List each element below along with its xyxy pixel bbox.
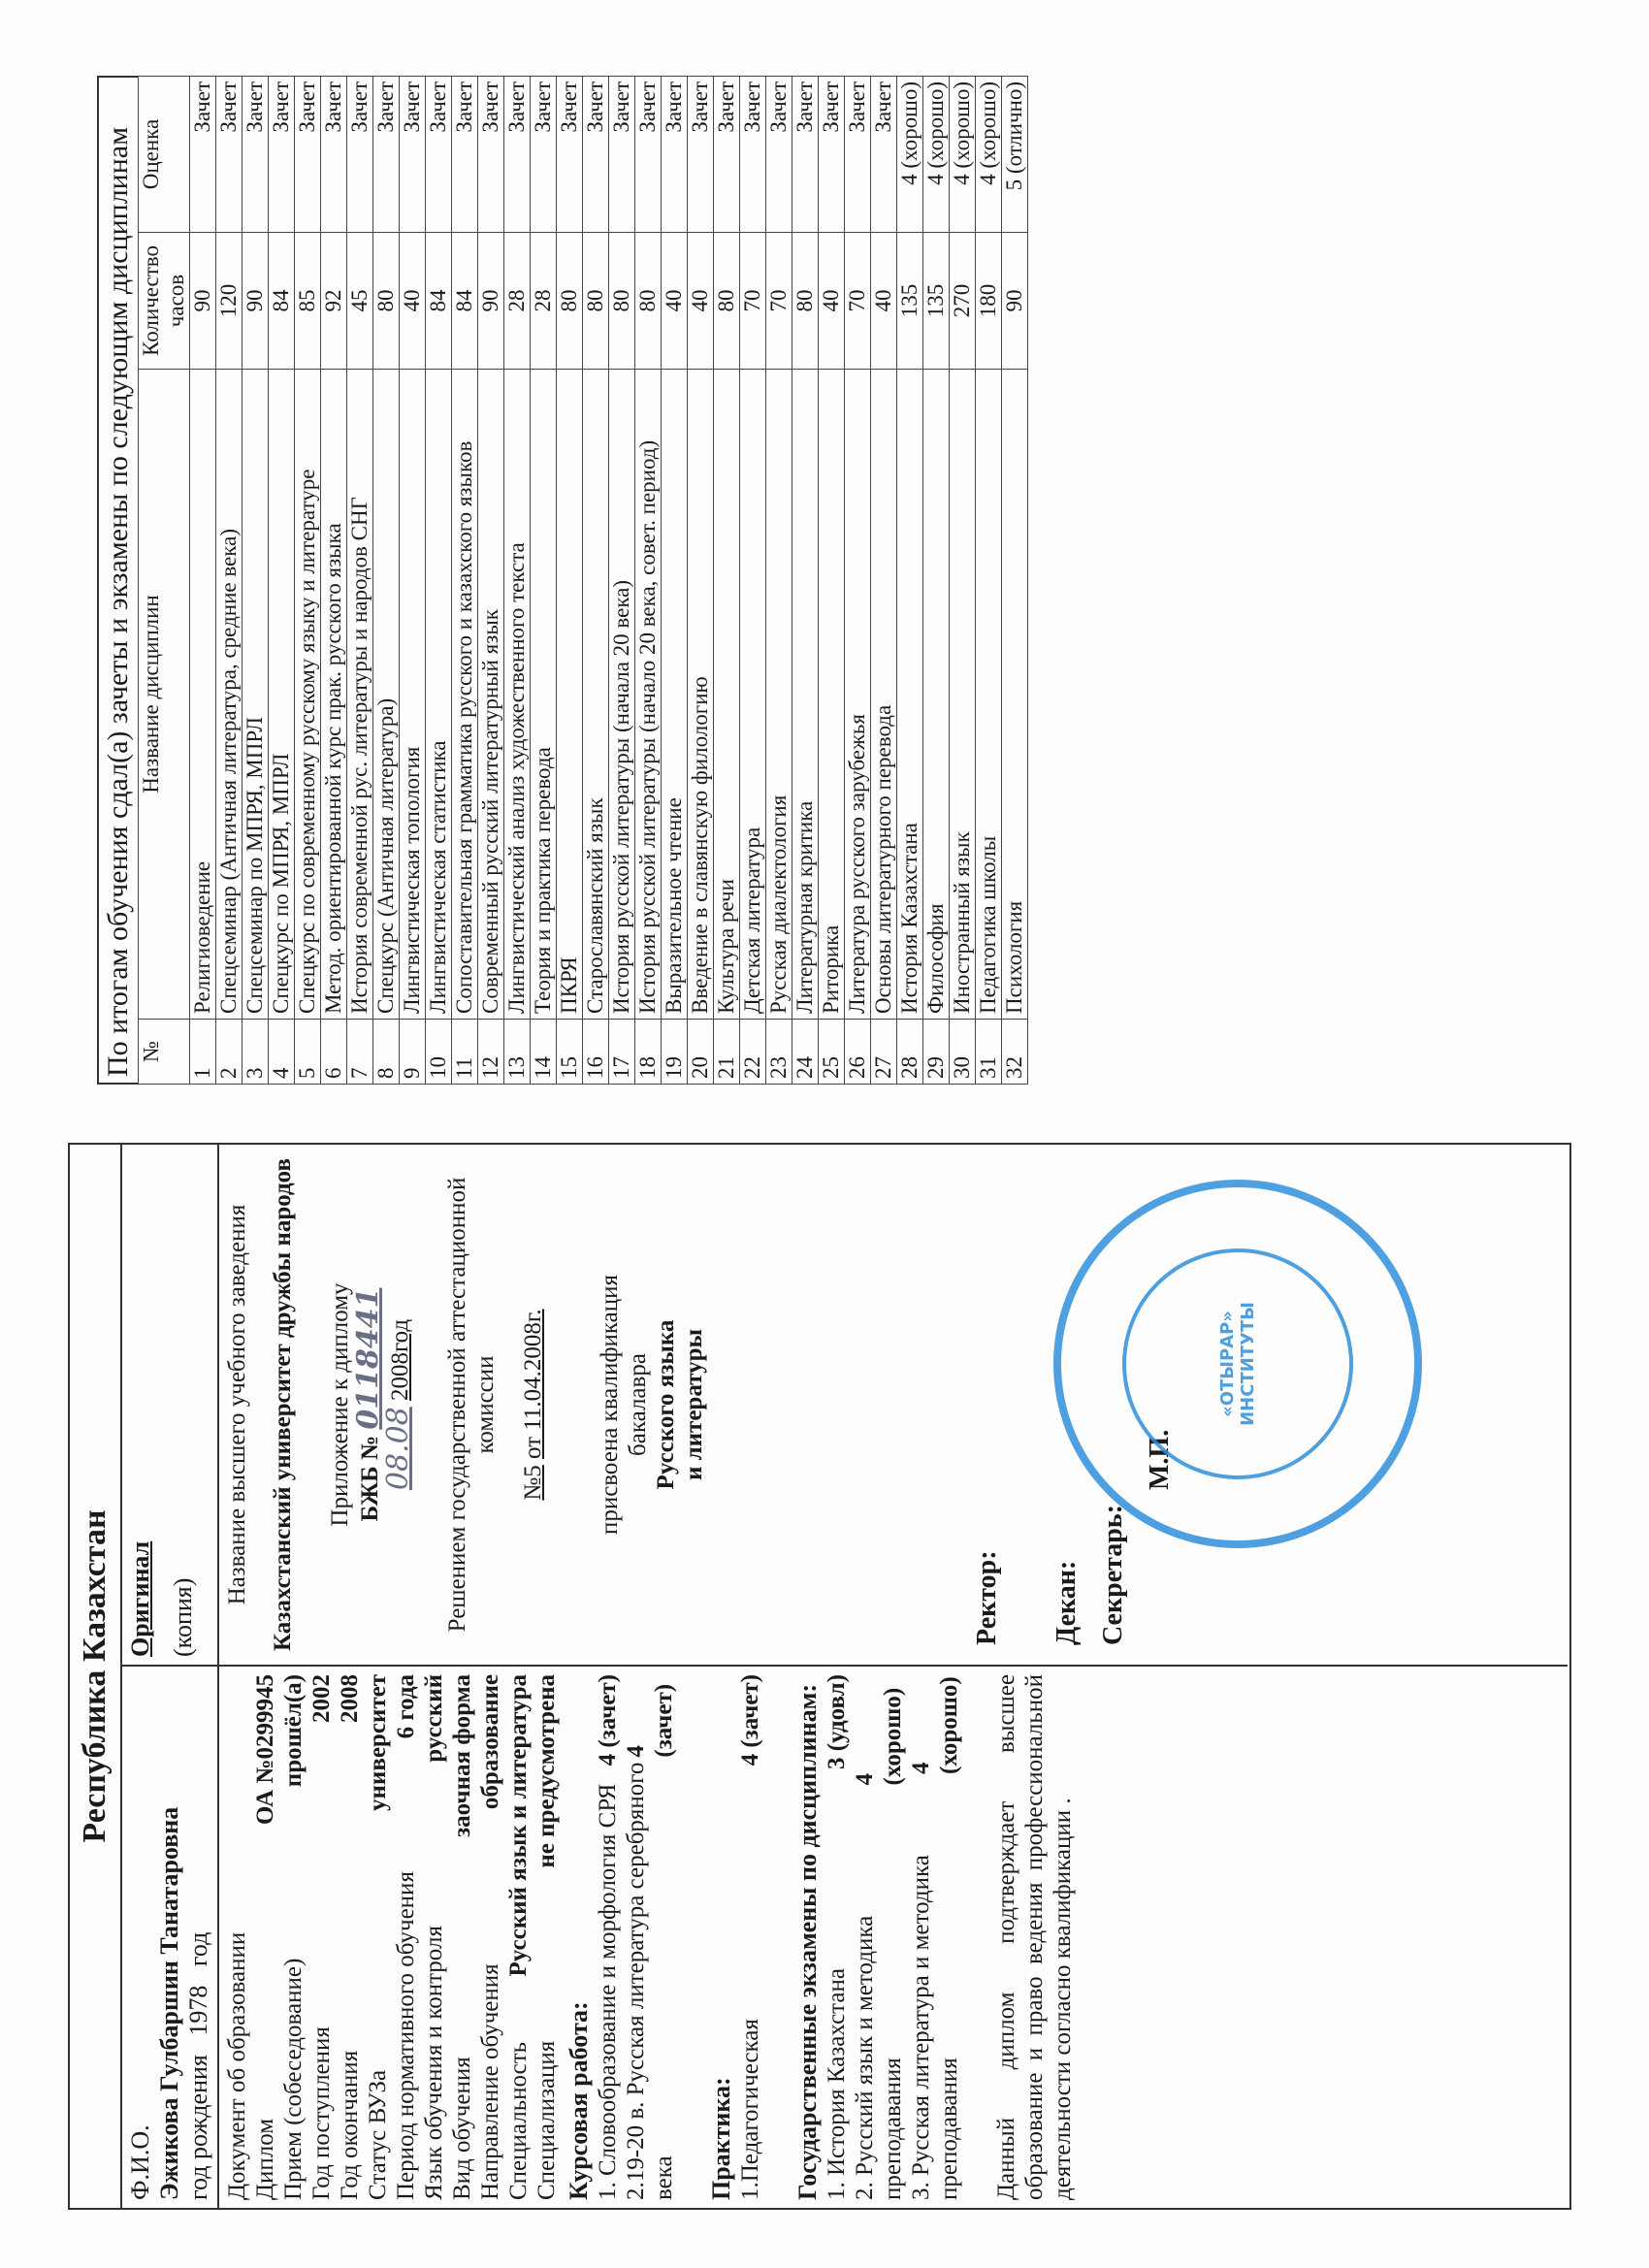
- row-number: 22: [740, 1020, 766, 1085]
- row-grade: Зачет: [295, 77, 321, 233]
- row-hours: 84: [269, 233, 295, 370]
- row-hours: 40: [819, 233, 845, 370]
- row-grade: Зачет: [347, 77, 373, 233]
- institution-label: Название высшего учебного заведения: [223, 1152, 251, 1657]
- state-exams-title: Государственные экзамены по дисциплинам:: [793, 1674, 823, 2200]
- row-grade: Зачет: [190, 77, 216, 233]
- table-row: 24Литературная критика80Зачет: [792, 77, 819, 1085]
- info-row: Прием (собеседование)прошёл(а): [279, 1674, 307, 2200]
- supplement-label: Приложение к диплому: [326, 1152, 354, 1657]
- row-hours: 85: [295, 233, 321, 370]
- table-row: 28История Казахстана1354 (хорошо): [897, 77, 923, 1085]
- row-grade: Зачет: [583, 77, 609, 233]
- grade-item: 1. Словообразование и морфология СРЯ4 (з…: [594, 1674, 622, 2200]
- grade-item: 2.19-20 в. Русская литература серебряног…: [622, 1674, 678, 2200]
- row-number: 7: [347, 1020, 373, 1085]
- supplement-date-line: 08.08 2008год: [384, 1152, 414, 1657]
- row-hours: 70: [845, 233, 871, 370]
- info-label: Вид обучения: [448, 2057, 476, 2200]
- row-number: 24: [792, 1020, 819, 1085]
- row-subject: Русская диалектология: [766, 370, 792, 1020]
- info-row: Специализацияне предусмотрена: [533, 1674, 561, 2200]
- row-subject: Риторика: [819, 370, 845, 1020]
- row-hours: 84: [426, 233, 452, 370]
- row-hours: 28: [504, 233, 531, 370]
- info-row: Язык обучения и контролярусский: [420, 1674, 448, 2200]
- row-grade: 4 (хорошо): [923, 77, 950, 233]
- row-number: 6: [321, 1020, 347, 1085]
- row-grade: Зачет: [714, 77, 740, 233]
- row-subject: История русской литературы (начало 20 ве…: [635, 370, 662, 1020]
- table-row: 17История русской литературы (начала 20 …: [609, 77, 635, 1085]
- row-subject: Спецкурс (Античная литература): [373, 370, 400, 1020]
- row-number: 16: [583, 1020, 609, 1085]
- info-label: Направление обучения: [476, 1963, 504, 2200]
- info-rows: Документ об образованииДипломОА №0299945…: [223, 1674, 561, 2200]
- info-value: 2002: [307, 1674, 336, 1723]
- col-subject: Название дисциплин: [139, 370, 190, 1020]
- row-grade: Зачет: [321, 77, 347, 233]
- row-subject: История Казахстана: [897, 370, 923, 1020]
- row-grade: Зачет: [662, 77, 688, 233]
- row-grade: 4 (хорошо): [976, 77, 1002, 233]
- row-subject: Введение в славянскую филологию: [688, 370, 714, 1020]
- table-row: 5Спецкурс по современному русскому языку…: [295, 77, 321, 1085]
- info-row: Вид обучениязаочная форма: [448, 1674, 476, 2200]
- info-label: Специальность: [504, 2042, 533, 2200]
- row-subject: Спецкурс по МПРЯ, МПРЛ: [269, 370, 295, 1020]
- info-row: СпециальностьРусский язык и литература: [504, 1674, 533, 2200]
- qualification-field-2: и литературы: [680, 1152, 708, 1657]
- row-subject: Иностранный язык: [950, 370, 976, 1020]
- row-grade: Зачет: [819, 77, 845, 233]
- row-hours: 80: [609, 233, 635, 370]
- table-row: 25Риторика40Зачет: [819, 77, 845, 1085]
- row-number: 20: [688, 1020, 714, 1085]
- qualification-degree: бакалавра: [624, 1152, 652, 1657]
- row-number: 23: [766, 1020, 792, 1085]
- birth-year: 1978: [184, 1986, 212, 2036]
- info-label: Статус ВУЗа: [364, 2070, 392, 2200]
- row-hours: 70: [766, 233, 792, 370]
- info-label: Год поступления: [307, 2026, 336, 2200]
- info-label: Год окончания: [336, 2051, 364, 2200]
- grade-item-grade: 4 (зачет): [622, 1674, 678, 1758]
- info-label: Документ об образовании: [223, 1932, 251, 2200]
- birth-year-line: год рождения 1978 год: [184, 1674, 213, 2200]
- supplement-number-line: БЖБ № 0118441: [354, 1152, 384, 1657]
- row-hours: 40: [688, 233, 714, 370]
- row-grade: Зачет: [635, 77, 662, 233]
- row-grade: Зачет: [740, 77, 766, 233]
- closing-text: Данный диплом подтверждает высшее образо…: [992, 1674, 1077, 2200]
- row-subject: Спецкурс по современному русскому языку …: [295, 370, 321, 1020]
- row-grade: Зачет: [478, 77, 504, 233]
- row-hours: 90: [1002, 233, 1028, 370]
- row-subject: Психология: [1002, 370, 1028, 1020]
- row-hours: 28: [531, 233, 557, 370]
- table-row: 16Старославянский язык80Зачет: [583, 77, 609, 1085]
- row-subject: Теория и практика перевода: [531, 370, 557, 1020]
- stamp-inner: «ОТЫРАР» ИНСТИТУТЫ: [1122, 1248, 1353, 1479]
- info-row: Направление обученияобразование: [476, 1674, 504, 2200]
- row-number: 12: [478, 1020, 504, 1085]
- grade-item: 2. Русский язык и методика преподавания4…: [851, 1674, 907, 2200]
- practice-title: Практика:: [707, 1674, 736, 2200]
- row-subject: Спецсеминар по МПРЯ, МПРЛ: [242, 370, 269, 1020]
- grade-item-grade: 4 (хорошо): [907, 1674, 963, 1774]
- row-hours: 70: [740, 233, 766, 370]
- grade-item-name: 1. История Казахстана: [823, 1968, 851, 2200]
- fio-label: Ф.И.О.: [126, 1674, 155, 2200]
- table-row: 27Основы литературного перевода40Зачет: [871, 77, 897, 1085]
- grade-item-grade: 4 (зачет): [594, 1674, 622, 1766]
- row-subject: Лингвистическая топология: [400, 370, 426, 1020]
- table-row: 31Педагогика школы1804 (хорошо): [976, 77, 1002, 1085]
- row-grade: Зачет: [216, 77, 242, 233]
- decision-number: №5: [520, 1465, 546, 1500]
- institution-name: Казахстанский университет дружбы народов: [269, 1152, 297, 1657]
- info-value: Русский язык и литература: [504, 1674, 533, 1976]
- info-row: Период нормативного обучения6 года: [392, 1674, 420, 2200]
- table-row: 10Лингвистическая статистика84Зачет: [426, 77, 452, 1085]
- col-hours: Количество часов: [139, 233, 190, 370]
- info-row: Документ об образовании: [223, 1674, 251, 2200]
- coursework-list: 1. Словообразование и морфология СРЯ4 (з…: [594, 1674, 678, 2200]
- official-stamp: «ОТЫРАР» ИНСТИТУТЫ: [1053, 1180, 1422, 1548]
- row-number: 9: [400, 1020, 426, 1085]
- col-number: №: [139, 1020, 190, 1085]
- row-number: 17: [609, 1020, 635, 1085]
- grade-item-grade: 4 (зачет): [736, 1674, 764, 1766]
- supplement-year: 2008год: [387, 1319, 413, 1401]
- copy-label: (копия): [169, 1152, 198, 1657]
- row-number: 30: [950, 1020, 976, 1085]
- row-number: 29: [923, 1020, 950, 1085]
- grade-item: 1. История Казахстана3 (удовл): [823, 1674, 851, 2200]
- decision-date: от 11.04.2008г.: [520, 1309, 546, 1459]
- row-hours: 135: [897, 233, 923, 370]
- row-number: 13: [504, 1020, 531, 1085]
- row-subject: Лингвистическая статистика: [426, 370, 452, 1020]
- row-number: 19: [662, 1020, 688, 1085]
- row-hours: 84: [452, 233, 478, 370]
- row-grade: Зачет: [426, 77, 452, 233]
- row-grade: Зачет: [557, 77, 583, 233]
- table-row: 18История русской литературы (начало 20 …: [635, 77, 662, 1085]
- transcript-table: № Название дисциплин Количество часов Оц…: [138, 76, 1028, 1085]
- info-value: не предусмотрена: [533, 1674, 561, 1868]
- row-hours: 80: [583, 233, 609, 370]
- row-hours: 180: [976, 233, 1002, 370]
- row-number: 1: [190, 1020, 216, 1085]
- row-subject: ПКРЯ: [557, 370, 583, 1020]
- original-label: Оригинал: [126, 1152, 155, 1657]
- row-hours: 40: [400, 233, 426, 370]
- info-label: Специализация: [533, 2041, 561, 2200]
- grade-item-name: 2.19-20 в. Русская литература серебряног…: [622, 1758, 678, 2200]
- info-value: образование: [476, 1674, 504, 1809]
- row-hours: 135: [923, 233, 950, 370]
- info-label: Язык обучения и контроля: [420, 1926, 448, 2200]
- supplement-series: БЖБ №: [357, 1436, 383, 1522]
- grade-item-name: 2. Русский язык и методика преподавания: [851, 1785, 907, 2200]
- table-row: 11Сопоставительная грамматика русского и…: [452, 77, 478, 1085]
- row-hours: 80: [792, 233, 819, 370]
- row-subject: Спецсеминар (Античная литература, средни…: [216, 370, 242, 1020]
- row-number: 8: [373, 1020, 400, 1085]
- table-row: 21Культура речи80Зачет: [714, 77, 740, 1085]
- table-row: 1Религиоведение90Зачет: [190, 77, 216, 1085]
- table-row: 13Лингвистический анализ художественного…: [504, 77, 531, 1085]
- row-hours: 90: [190, 233, 216, 370]
- row-number: 14: [531, 1020, 557, 1085]
- row-hours: 45: [347, 233, 373, 370]
- student-name: Эжикова Гулбаршин Танатаровна: [155, 1674, 184, 2200]
- table-row: 14Теория и практика перевода28Зачет: [531, 77, 557, 1085]
- row-grade: Зачет: [269, 77, 295, 233]
- row-grade: 4 (хорошо): [897, 77, 923, 233]
- row-subject: Литературная критика: [792, 370, 819, 1020]
- birth-suffix: год: [184, 1932, 212, 1967]
- table-row: 2Спецсеминар (Античная литература, средн…: [216, 77, 242, 1085]
- row-number: 27: [871, 1020, 897, 1085]
- diploma-supplement-sheet: Республика Казахстан Ф.И.О. Эжикова Гулб…: [0, 0, 1649, 2268]
- row-hours: 80: [373, 233, 400, 370]
- transcript-panel: По итогам обучения сдал(а) зачеты и экза…: [97, 76, 1513, 1085]
- row-subject: Метод. ориентированной курс прак. русско…: [321, 370, 347, 1020]
- row-subject: Религиоведение: [190, 370, 216, 1020]
- supplement-number: 0118441: [351, 1288, 385, 1430]
- stamp-inner-text: «ОТЫРАР» ИНСТИТУТЫ: [1217, 1252, 1258, 1475]
- rector-signature: Ректор:: [972, 1430, 1003, 1645]
- grade-item: 1.Педагогическая4 (зачет): [736, 1674, 764, 2200]
- row-subject: Философия: [923, 370, 950, 1020]
- table-row: 4Спецкурс по МПРЯ, МПРЛ84Зачет: [269, 77, 295, 1085]
- info-value: ОА №0299945: [251, 1674, 279, 1825]
- table-row: 3Спецсеминар по МПРЯ, МПРЛ90Зачет: [242, 77, 269, 1085]
- coursework-title: Курсовая работа:: [565, 1674, 594, 2200]
- row-grade: Зачет: [688, 77, 714, 233]
- row-hours: 40: [662, 233, 688, 370]
- info-row: Статус ВУЗауниверситет: [364, 1674, 392, 2200]
- info-value: прошёл(а): [279, 1674, 307, 1787]
- info-value: русский: [420, 1674, 448, 1763]
- row-number: 31: [976, 1020, 1002, 1085]
- table-row: 22Детская литература70Зачет: [740, 77, 766, 1085]
- grade-item-name: 1.Педагогическая: [736, 2019, 764, 2200]
- table-row: 26Литература русского зарубежья70Зачет: [845, 77, 871, 1085]
- table-row: 19Выразительное чтение40Зачет: [662, 77, 688, 1085]
- student-info-panel: Республика Казахстан Ф.И.О. Эжикова Гулб…: [68, 1143, 1571, 2210]
- row-subject: Сопоставительная грамматика русского и к…: [452, 370, 478, 1020]
- transcript-header-row: № Название дисциплин Количество часов Оц…: [139, 77, 190, 1085]
- row-grade: Зачет: [845, 77, 871, 233]
- table-row: 9Лингвистическая топология40Зачет: [400, 77, 426, 1085]
- row-subject: Культура речи: [714, 370, 740, 1020]
- row-number: 28: [897, 1020, 923, 1085]
- info-value: 2008: [336, 1674, 364, 1723]
- table-row: 7История современной рус. литературы и н…: [347, 77, 373, 1085]
- row-hours: 90: [478, 233, 504, 370]
- practice-list: 1.Педагогическая4 (зачет): [736, 1674, 764, 2200]
- table-row: 8Спецкурс (Античная литература)80Зачет: [373, 77, 400, 1085]
- row-grade: Зачет: [609, 77, 635, 233]
- row-grade: Зачет: [766, 77, 792, 233]
- table-row: 30Иностранный язык2704 (хорошо): [950, 77, 976, 1085]
- row-subject: Старославянский язык: [583, 370, 609, 1020]
- info-label: Период нормативного обучения: [392, 1871, 420, 2200]
- state-exams-list: 1. История Казахстана3 (удовл)2. Русский…: [823, 1674, 963, 2200]
- grade-item-name: 1. Словообразование и морфология СРЯ: [594, 1784, 622, 2200]
- row-number: 3: [242, 1020, 269, 1085]
- row-hours: 270: [950, 233, 976, 370]
- row-number: 21: [714, 1020, 740, 1085]
- row-grade: 4 (хорошо): [950, 77, 976, 233]
- row-hours: 40: [871, 233, 897, 370]
- grade-item-grade: 3 (удовл): [823, 1674, 851, 1769]
- row-hours: 90: [242, 233, 269, 370]
- row-grade: Зачет: [452, 77, 478, 233]
- transcript-body: 1Религиоведение90Зачет2Спецсеминар (Анти…: [190, 77, 1028, 1085]
- table-row: 32Психология905 (отлично): [1002, 77, 1028, 1085]
- row-subject: Лингвистический анализ художественного т…: [504, 370, 531, 1020]
- transcript-intro: По итогам обучения сдал(а) зачеты и экза…: [97, 76, 138, 1085]
- info-value: заочная форма: [448, 1674, 476, 1837]
- row-subject: История современной рус. литературы и на…: [347, 370, 373, 1020]
- dean-signature: Декан:: [1051, 1430, 1083, 1645]
- row-subject: Основы литературного перевода: [871, 370, 897, 1020]
- info-label: Диплом: [251, 2119, 279, 2200]
- row-subject: Литература русского зарубежья: [845, 370, 871, 1020]
- col-grade: Оценка: [139, 77, 190, 233]
- row-grade: Зачет: [373, 77, 400, 233]
- decision-line: №5 от 11.04.2008г.: [519, 1152, 547, 1657]
- row-number: 10: [426, 1020, 452, 1085]
- row-hours: 80: [714, 233, 740, 370]
- original-block: Оригинал (копия): [122, 1145, 217, 1665]
- info-label: Прием (собеседование): [279, 1959, 307, 2200]
- grade-item-name: 3. Русская литература и методика препода…: [907, 1774, 963, 2200]
- row-grade: Зачет: [504, 77, 531, 233]
- row-grade: Зачет: [531, 77, 557, 233]
- table-row: 12Современный русский литературный язык9…: [478, 77, 504, 1085]
- qualification-field-1: Русского языка: [652, 1152, 680, 1657]
- row-grade: Зачет: [242, 77, 269, 233]
- study-details: Документ об образованииДипломОА №0299945…: [219, 1665, 1568, 2208]
- table-row: 6Метод. ориентированной курс прак. русск…: [321, 77, 347, 1085]
- row-number: 11: [452, 1020, 478, 1085]
- info-row: ДипломОА №0299945: [251, 1674, 279, 2200]
- row-hours: 80: [635, 233, 662, 370]
- row-grade: 5 (отлично): [1002, 77, 1028, 233]
- country-header: Республика Казахстан: [70, 1145, 122, 2208]
- row-grade: Зачет: [400, 77, 426, 233]
- row-number: 2: [216, 1020, 242, 1085]
- row-hours: 92: [321, 233, 347, 370]
- info-row: Год поступления2002: [307, 1674, 336, 2200]
- decision-label: Решением государственной аттестационной …: [443, 1152, 500, 1657]
- grade-item-grade: 4 (хорошо): [851, 1674, 907, 1785]
- row-subject: История русской литературы (начала 20 ве…: [609, 370, 635, 1020]
- table-row: 15ПКРЯ80Зачет: [557, 77, 583, 1085]
- row-number: 26: [845, 1020, 871, 1085]
- row-hours: 120: [216, 233, 242, 370]
- info-value: университет: [364, 1674, 392, 1811]
- grade-item: 3. Русская литература и методика препода…: [907, 1674, 963, 2200]
- row-number: 15: [557, 1020, 583, 1085]
- birth-label: год рождения: [184, 2055, 212, 2200]
- row-number: 4: [269, 1020, 295, 1085]
- row-hours: 80: [557, 233, 583, 370]
- table-row: 29Философия1354 (хорошо): [923, 77, 950, 1085]
- supplement-date: 08.08: [381, 1407, 415, 1490]
- row-grade: Зачет: [871, 77, 897, 233]
- institution-block: Название высшего учебного заведения Каза…: [219, 1145, 1568, 1665]
- row-number: 25: [819, 1020, 845, 1085]
- info-row: Год окончания2008: [336, 1674, 364, 2200]
- row-number: 5: [295, 1020, 321, 1085]
- table-row: 20Введение в славянскую филологию40Зачет: [688, 77, 714, 1085]
- table-row: 23Русская диалектология70Зачет: [766, 77, 792, 1085]
- info-value: 6 года: [392, 1674, 420, 1738]
- row-subject: Педагогика школы: [976, 370, 1002, 1020]
- student-name-block: Ф.И.О. Эжикова Гулбаршин Танатаровна год…: [122, 1665, 217, 2208]
- row-grade: Зачет: [792, 77, 819, 233]
- row-subject: Выразительное чтение: [662, 370, 688, 1020]
- row-subject: Детская литература: [740, 370, 766, 1020]
- row-number: 32: [1002, 1020, 1028, 1085]
- qualification-label: присвоена квалификация: [596, 1152, 624, 1657]
- row-subject: Современный русский литературный язык: [478, 370, 504, 1020]
- row-number: 18: [635, 1020, 662, 1085]
